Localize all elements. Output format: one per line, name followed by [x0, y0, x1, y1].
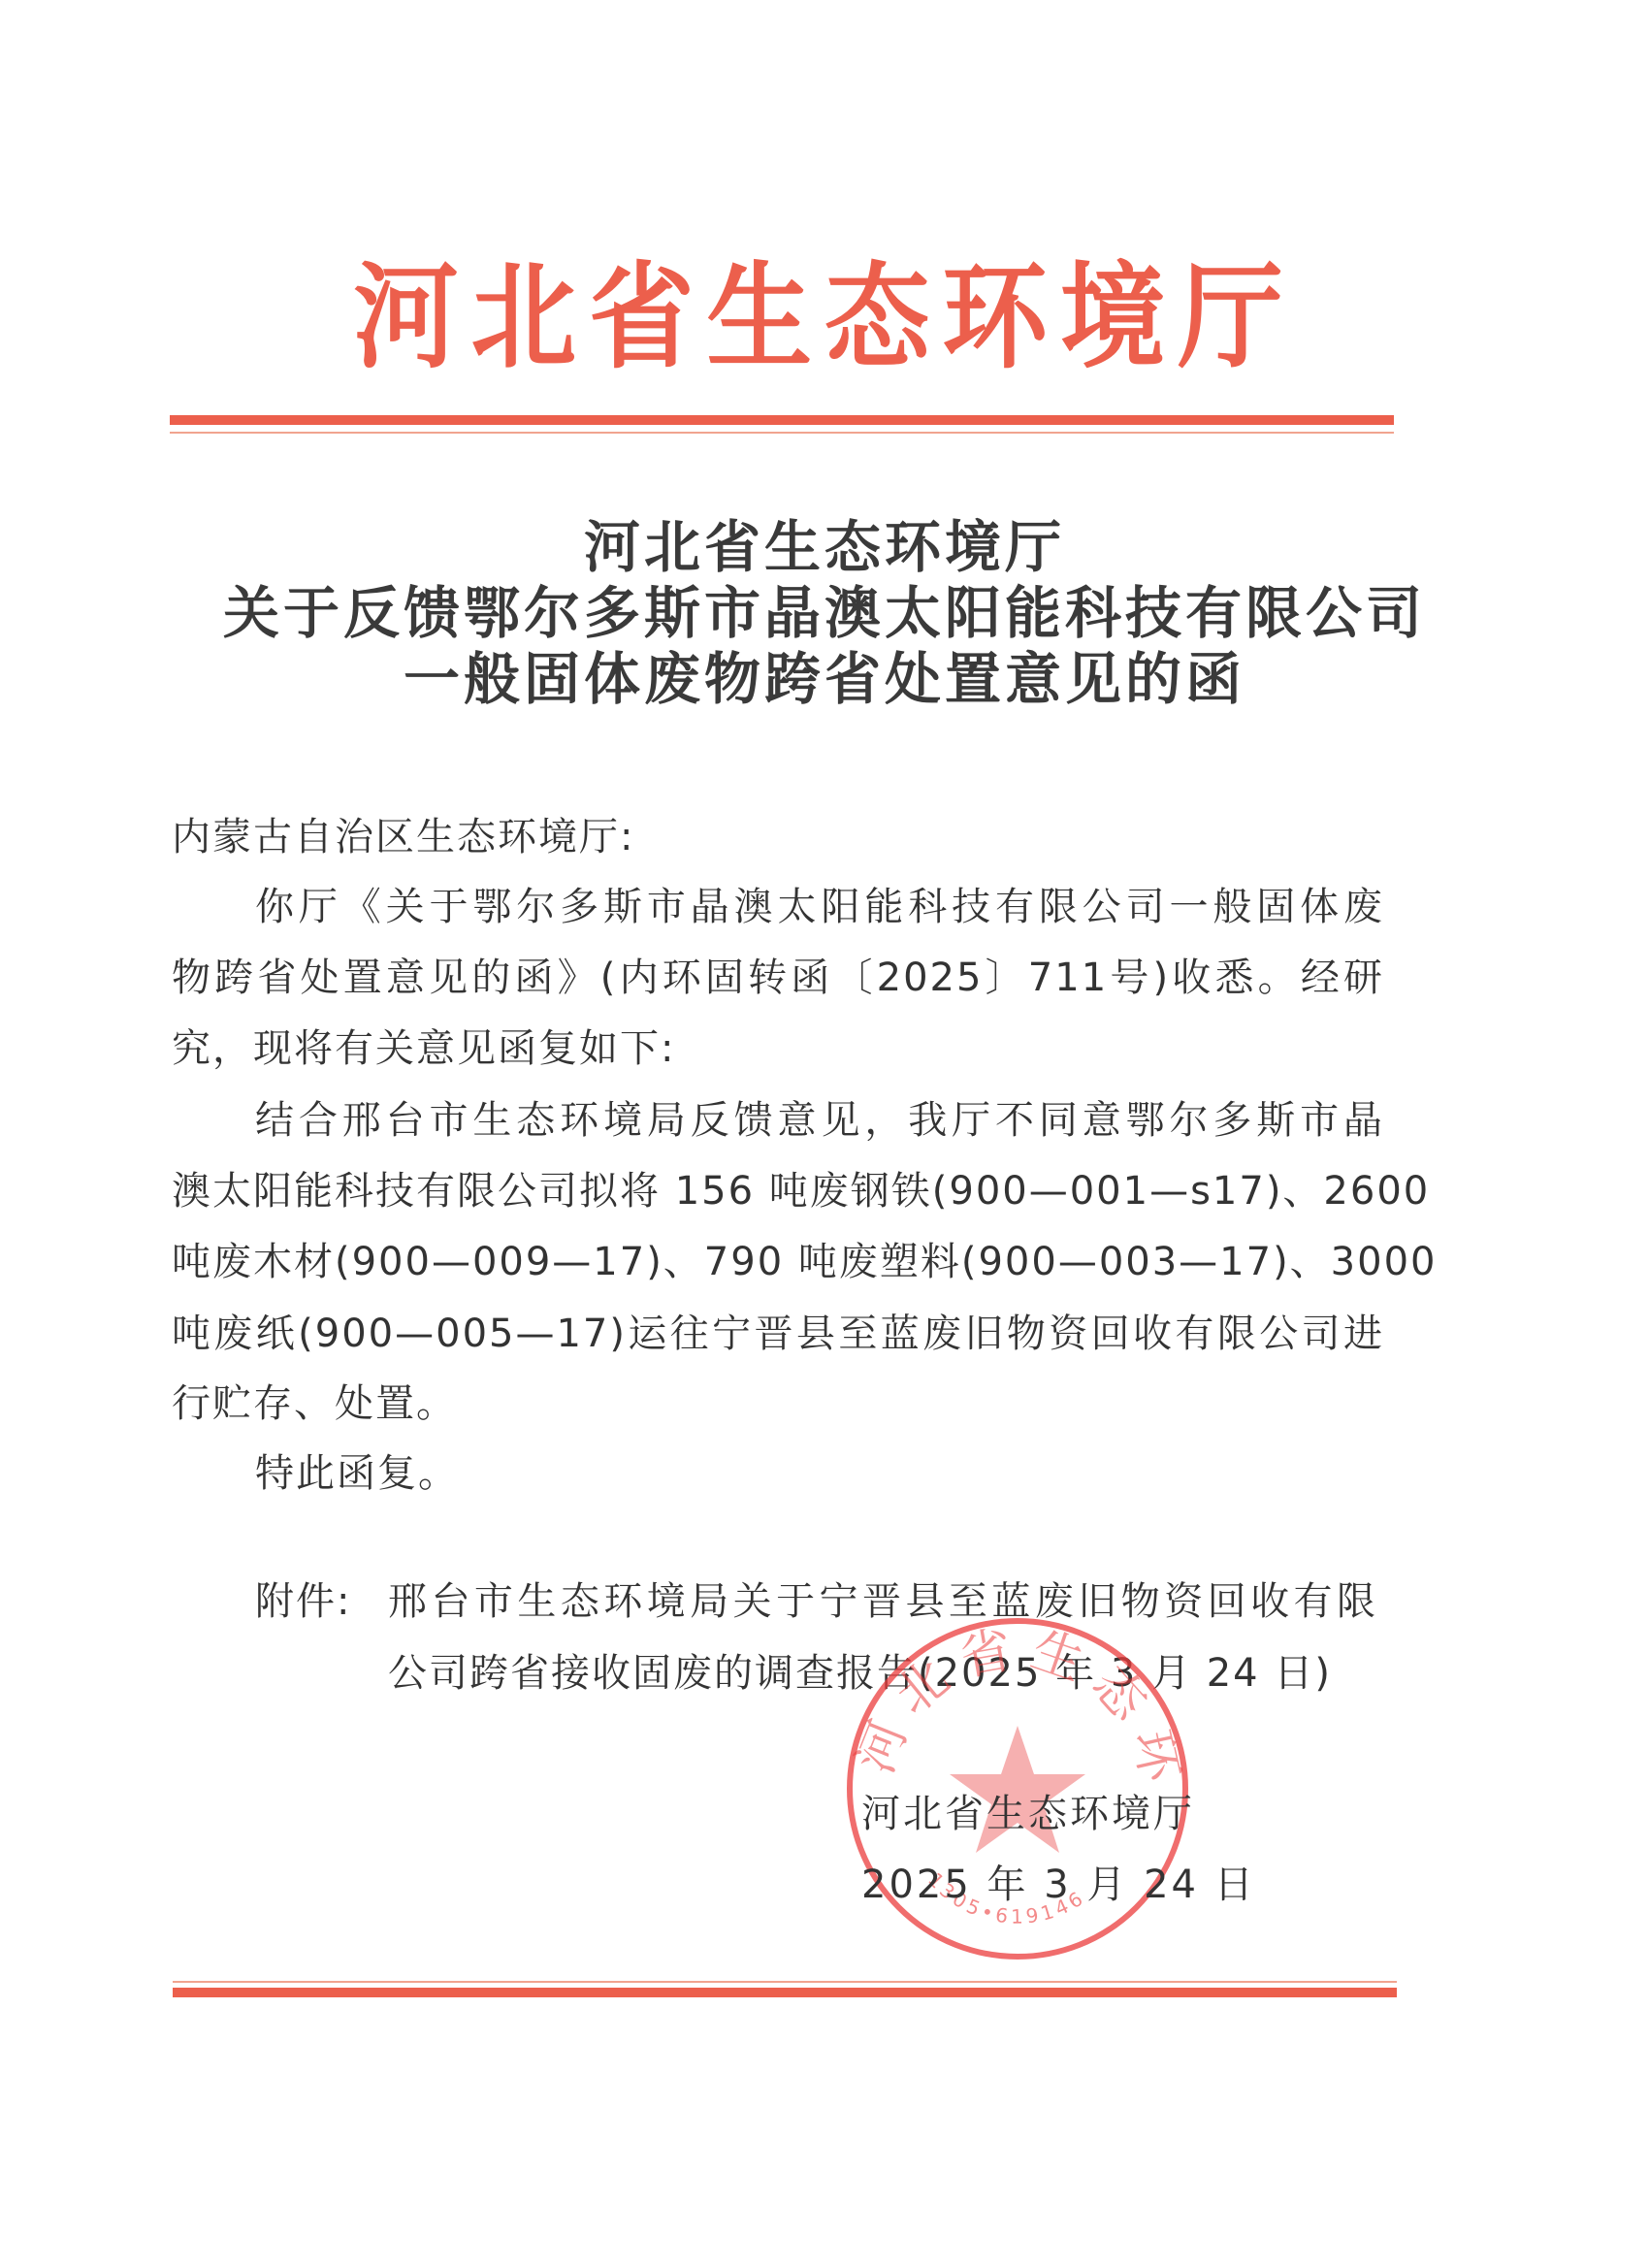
- signature-date: 2025 年 3 月 24 日: [861, 1861, 1256, 1909]
- body-line: 物跨省处置意见的函》(内环固转函〔2025〕711号)收悉。经研: [172, 954, 1384, 1002]
- title-line-1: 河北省生态环境厅: [0, 514, 1649, 580]
- closing-line: 特此函复。: [255, 1449, 1384, 1498]
- header-thin-rule: [170, 432, 1394, 434]
- title-line-2: 关于反馈鄂尔多斯市晶澳太阳能科技有限公司: [0, 580, 1649, 646]
- body-line: 吨废纸(900—005—17)运往宁晋县至蓝废旧物资回收有限公司进: [172, 1310, 1384, 1358]
- document-title: 河北省生态环境厅 关于反馈鄂尔多斯市晶澳太阳能科技有限公司 一般固体废物跨省处置…: [0, 514, 1649, 712]
- body-line: 你厅《关于鄂尔多斯市晶澳太阳能科技有限公司一般固体废: [255, 883, 1384, 931]
- body-line: 究，现将有关意见函复如下:: [172, 1024, 1384, 1073]
- letterhead-title: 河北省生态环境厅: [66, 254, 1583, 380]
- footer-thin-rule: [173, 1981, 1397, 1983]
- attachment-line-1: 邢台市生态环境局关于宁晋县至蓝废旧物资回收有限: [388, 1577, 1377, 1626]
- title-line-3: 一般固体废物跨省处置意见的函: [0, 646, 1649, 712]
- header-thick-rule: [170, 415, 1394, 425]
- body-line: 澳太阳能科技有限公司拟将 156 吨废钢铁(900—001—s17)、2600: [172, 1167, 1384, 1215]
- body-line: 吨废木材(900—009—17)、790 吨废塑料(900—003—17)、30…: [172, 1238, 1384, 1286]
- signature-org: 河北省生态环境厅: [861, 1790, 1195, 1838]
- footer-thick-rule: [173, 1988, 1397, 1997]
- body-line: 结合邢台市生态环境局反馈意见，我厅不同意鄂尔多斯市晶: [255, 1096, 1384, 1145]
- salutation: 内蒙古自治区生态环境厅:: [172, 813, 1384, 861]
- body-line: 行贮存、处置。: [172, 1379, 1384, 1428]
- attachment-label: 附件:: [255, 1577, 372, 1626]
